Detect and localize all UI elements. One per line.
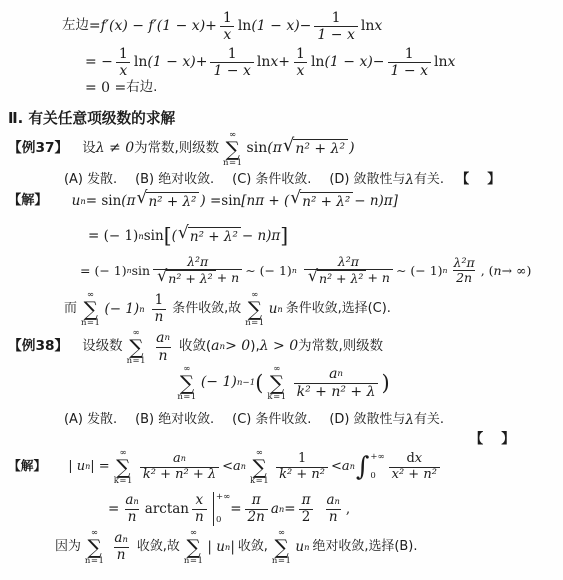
math-run: n² + λ² bbox=[190, 229, 238, 246]
math-run: x bbox=[374, 18, 382, 36]
sum-lower-limit: k=1 bbox=[250, 477, 269, 486]
math-run: n bbox=[133, 496, 138, 506]
sigma-symbol: ∑ bbox=[270, 374, 284, 393]
math-run-upright: = (− 1) bbox=[80, 263, 127, 279]
chinese-text: 条件收敛,故 bbox=[172, 301, 241, 317]
sigma-symbol: ∑ bbox=[248, 300, 262, 319]
spacer bbox=[297, 270, 301, 271]
chinese-text: 有关. bbox=[414, 412, 444, 428]
bold-label: Ⅱ. 有关任意项级数的求解 bbox=[8, 110, 175, 128]
math-run-upright: ln bbox=[434, 54, 448, 72]
chinese-text: 为常数,则级数 bbox=[134, 141, 219, 158]
math-run: a bbox=[271, 501, 279, 518]
chinese-text: (C) 条件收敛. bbox=[232, 412, 311, 428]
fraction: 1n bbox=[152, 293, 167, 325]
chinese-text: (B) 绝对收敛. bbox=[135, 412, 214, 428]
sigma-symbol: ∑ bbox=[84, 300, 98, 319]
math-run: (1 − x) bbox=[147, 54, 195, 72]
sum-lower-limit: n=1 bbox=[177, 393, 197, 402]
math-run: (− 1) bbox=[201, 374, 237, 392]
denominator: 2n bbox=[245, 509, 268, 526]
numerator: an bbox=[122, 493, 141, 509]
fraction: 11 − x bbox=[388, 46, 431, 79]
bold-label: 【 bbox=[470, 431, 484, 448]
math-run-upright: 2 bbox=[302, 510, 311, 526]
math-run: − n)π] bbox=[354, 193, 398, 210]
fraction: π2n bbox=[245, 493, 268, 525]
fraction: 1k² + n² bbox=[276, 452, 328, 483]
math-run: n bbox=[195, 510, 204, 526]
radicand: n² + λ² bbox=[146, 192, 199, 211]
bold-label: 【解】 bbox=[8, 459, 46, 475]
math-run: n bbox=[329, 510, 338, 526]
radical-sign: √ bbox=[308, 268, 318, 284]
spacer bbox=[145, 309, 149, 310]
chinese-text: (C) 条件收敛. bbox=[232, 172, 311, 188]
bold-label: 【例38】 bbox=[8, 338, 68, 355]
big-delimiter: ( bbox=[255, 374, 263, 393]
math-run: (1 − x) bbox=[251, 18, 299, 36]
chinese-text: 收敛, bbox=[238, 539, 268, 555]
radical: √n² + λ² bbox=[308, 270, 367, 286]
math-run: 2n bbox=[248, 510, 265, 526]
denominator: √n² + λ² + n bbox=[153, 269, 242, 286]
radical-sign: √ bbox=[136, 190, 147, 207]
math-run: 1 − x bbox=[213, 63, 250, 79]
spacer bbox=[117, 420, 135, 421]
numerator: 1 bbox=[220, 10, 235, 26]
prev-solution-line-3: = 0 = 右边. bbox=[85, 80, 157, 98]
solution-38-line-2: = annarctan xn+∞0 = π2nan = π2ann, bbox=[108, 492, 350, 526]
math-run-upright: = bbox=[284, 501, 295, 518]
scanned-textbook-page: 左边 = f′(x) − f′(1 − x) + 1xln(1 − x) − 1… bbox=[0, 0, 563, 580]
math-run-upright: 1 bbox=[223, 10, 232, 26]
chinese-text: 有关. bbox=[414, 172, 444, 188]
math-run: | u bbox=[207, 539, 225, 556]
sigma-symbol: ∑ bbox=[88, 538, 102, 557]
math-run-upright: 1 bbox=[298, 452, 306, 467]
math-run: u bbox=[295, 539, 304, 556]
fraction: λ²π√n² + λ² + n bbox=[153, 255, 242, 287]
sum-lower-limit: n=1 bbox=[81, 319, 101, 328]
chinese-text: 右边. bbox=[126, 80, 157, 97]
math-run: x bbox=[415, 452, 422, 467]
spacer bbox=[214, 420, 232, 421]
big-delimiter: ) bbox=[381, 374, 389, 393]
answer-bracket: 【】 bbox=[470, 431, 515, 448]
chinese-text: 收敛( bbox=[179, 339, 211, 356]
summation-operator: ∞∑n=1 bbox=[85, 529, 105, 565]
math-run: a bbox=[156, 330, 164, 346]
evaluation-bar: +∞0 bbox=[213, 492, 231, 526]
sigma-symbol: ∑ bbox=[116, 458, 130, 477]
radical: √n² + λ² bbox=[136, 192, 199, 211]
radical-sign: √ bbox=[157, 268, 167, 284]
math-run-upright: ln bbox=[238, 18, 252, 36]
math-run-upright: 1 bbox=[405, 46, 414, 62]
math-run: a bbox=[329, 366, 337, 382]
example-38-display-formula: ∞∑n=1(− 1)n−1(∞∑k=1ank² + n² + λ) bbox=[0, 365, 563, 401]
spacer bbox=[444, 180, 456, 181]
math-run: > 0 bbox=[225, 338, 250, 356]
math-run-upright: sin bbox=[247, 140, 268, 158]
math-run-upright: = (− 1) bbox=[88, 228, 138, 245]
math-run: λ²π bbox=[338, 255, 359, 269]
fraction: xn bbox=[192, 493, 207, 525]
denominator: 1 − x bbox=[314, 26, 357, 43]
denominator: n bbox=[152, 309, 167, 326]
spacer bbox=[48, 201, 72, 202]
fraction: π2 bbox=[299, 493, 314, 525]
radical-sign: √ bbox=[283, 137, 294, 155]
denominator: 1 − x bbox=[210, 62, 253, 79]
math-run: n bbox=[155, 310, 164, 326]
denominator: x bbox=[116, 62, 130, 79]
math-run-upright: + bbox=[205, 18, 217, 36]
math-run: n bbox=[335, 496, 340, 506]
math-run: n² + λ² bbox=[302, 194, 350, 211]
math-run: [nπ + ( bbox=[241, 193, 289, 210]
radical: √n² + λ² bbox=[178, 227, 241, 246]
solution-37-line-2: = (− 1)nsin[(√n² + λ² − n)π] bbox=[88, 227, 288, 246]
solution-37-line-3: = (− 1)nsin λ²π√n² + λ² + n ∼ (− 1)nλ²π√… bbox=[80, 255, 531, 287]
math-run-upright: ln bbox=[311, 54, 325, 72]
fraction: ann bbox=[153, 330, 173, 363]
math-run: + n bbox=[217, 271, 240, 285]
math-run: x bbox=[196, 493, 204, 509]
spacer bbox=[483, 439, 501, 440]
math-run: n−1 bbox=[237, 378, 255, 388]
bold-label: 】 bbox=[487, 172, 500, 189]
denominator: 2n bbox=[453, 270, 475, 285]
math-run: x bbox=[297, 63, 305, 79]
math-run: − n)π bbox=[242, 228, 280, 245]
radicand: n² + λ² bbox=[188, 227, 241, 246]
math-run: x bbox=[119, 63, 127, 79]
sum-lower-limit: k=1 bbox=[114, 477, 133, 486]
numerator: an bbox=[153, 330, 173, 346]
math-run: a bbox=[211, 338, 219, 356]
math-run: a bbox=[233, 459, 241, 475]
denominator: n bbox=[114, 547, 129, 564]
section-heading: Ⅱ. 有关任意项级数的求解 bbox=[8, 110, 175, 128]
solution-37-line-1: 【解】un = sin(π √n² + λ²) = sin[nπ + (√n² … bbox=[8, 192, 398, 211]
numerator: 1 bbox=[295, 452, 309, 467]
math-run: n bbox=[122, 534, 127, 544]
math-run-upright: = bbox=[108, 501, 119, 518]
math-run: a bbox=[326, 493, 334, 509]
denominator: x bbox=[294, 62, 308, 79]
math-run-upright: → ∞) bbox=[502, 263, 532, 279]
numerator: 1 bbox=[225, 46, 240, 62]
example-38-stem: 【例38】设级数 ∞∑n=1ann收敛(an > 0),λ > 0 为常数,则级… bbox=[8, 329, 383, 365]
summation-operator: ∞∑n=1 bbox=[223, 131, 243, 167]
big-delimiter: [ bbox=[164, 227, 172, 245]
math-run: 2n bbox=[456, 271, 472, 285]
radicand: n² + λ² bbox=[293, 139, 348, 159]
chinese-text: 条件收敛,选择(C). bbox=[286, 301, 391, 317]
chinese-text: (B) 绝对收敛. bbox=[135, 172, 214, 188]
math-run-upright: , bbox=[346, 501, 350, 518]
bold-label: 】 bbox=[501, 431, 515, 448]
denominator: √n² + λ² + n bbox=[304, 269, 393, 286]
math-run: (− 1) bbox=[104, 301, 139, 318]
example-38-options: (A) 发散.(B) 绝对收敛.(C) 条件收敛.(D) 敛散性与 λ 有关. bbox=[64, 412, 444, 429]
math-run-upright: − bbox=[373, 54, 385, 72]
sum-lower-limit: n=1 bbox=[85, 557, 105, 566]
integral-operator: ∫+∞0 bbox=[356, 452, 385, 482]
math-run-upright: arctan bbox=[145, 501, 189, 518]
spacer bbox=[68, 347, 82, 348]
prev-solution-line-2: = − 1xln(1 − x) + 11 − xlnx + 1xln(1 − x… bbox=[85, 46, 455, 79]
evaluation-upper-limit: +∞ bbox=[216, 492, 230, 503]
math-run: λ bbox=[405, 172, 414, 189]
math-run: x bbox=[223, 27, 231, 43]
math-run: ) bbox=[349, 140, 354, 158]
sigma-symbol: ∑ bbox=[275, 538, 289, 557]
chinese-text: (A) 发散. bbox=[64, 412, 117, 428]
denominator: x² + n² bbox=[389, 467, 440, 483]
math-run: π bbox=[252, 493, 261, 509]
fraction: λ²π√n² + λ² + n bbox=[304, 255, 393, 287]
radical: √n² + λ² bbox=[283, 139, 348, 159]
denominator: 2 bbox=[299, 509, 314, 526]
integral-sign: ∫ bbox=[356, 456, 370, 478]
numerator: 1 bbox=[116, 46, 131, 62]
fraction: ank² + n² + λ bbox=[140, 452, 219, 483]
chinese-text: (D) 敛散性与 bbox=[329, 172, 405, 188]
denominator: x bbox=[220, 26, 234, 43]
numerator: an bbox=[326, 366, 346, 382]
spacer bbox=[311, 420, 329, 421]
math-run: λ bbox=[405, 412, 414, 429]
radical-sign: √ bbox=[178, 225, 189, 242]
math-run: n bbox=[337, 369, 343, 379]
spacer bbox=[311, 180, 329, 181]
math-run: n bbox=[159, 348, 168, 364]
radicand: n² + λ² bbox=[300, 192, 353, 211]
math-run: u bbox=[269, 301, 278, 318]
math-run-upright: = bbox=[89, 18, 101, 36]
math-run: a bbox=[114, 531, 122, 547]
math-run: π bbox=[302, 493, 311, 509]
radicand: n² + λ² bbox=[317, 270, 366, 286]
math-run-upright: = − bbox=[85, 54, 113, 72]
chinese-text: 设 bbox=[82, 141, 95, 158]
numerator: λ²π bbox=[451, 256, 478, 270]
numerator: λ²π bbox=[184, 255, 211, 269]
example-37-stem: 【例37】设 λ ≠ 0 为常数,则级数 ∞∑n=1sin(π √n² + λ²… bbox=[8, 131, 355, 167]
denominator: n bbox=[125, 509, 140, 526]
math-run: + n bbox=[367, 271, 390, 285]
math-run-upright: − bbox=[300, 18, 312, 36]
numerator: π bbox=[249, 493, 264, 509]
chinese-text: ), bbox=[250, 339, 260, 356]
numerator: an bbox=[170, 452, 189, 467]
denominator: k² + n² bbox=[276, 467, 328, 483]
math-run: n² + λ² bbox=[168, 272, 212, 286]
numerator: an bbox=[323, 493, 342, 509]
fraction: ank² + n² + λ bbox=[294, 366, 379, 399]
chinese-text: (A) 发散. bbox=[64, 172, 117, 188]
math-run-upright: ∼ (− 1) bbox=[396, 263, 443, 279]
fraction: λ²π2n bbox=[451, 256, 478, 286]
math-run-upright: d bbox=[406, 452, 414, 467]
summation-operator: ∞∑k=1 bbox=[250, 449, 269, 485]
big-delimiter: ] bbox=[280, 227, 288, 245]
summation-operator: ∞∑n=1 bbox=[127, 329, 147, 365]
solution-38-line-1: 【解】| un | = ∞∑k=1ank² + n² + λ < an∞∑k=1… bbox=[8, 449, 443, 485]
math-run: x² + n² bbox=[392, 468, 437, 483]
solution-38-line-3: 因为 ∞∑n=1ann收敛,故 ∞∑n=1| un |收敛,∞∑n=1un绝对收… bbox=[55, 529, 417, 565]
bar-line bbox=[213, 492, 214, 526]
math-run-upright: = 0 = bbox=[85, 80, 126, 98]
denominator: 1 − x bbox=[388, 62, 431, 79]
integral-upper-limit: +∞ bbox=[370, 452, 384, 463]
sum-lower-limit: n=1 bbox=[184, 557, 204, 566]
math-run: a bbox=[125, 493, 133, 509]
summation-operator: ∞∑k=1 bbox=[114, 449, 133, 485]
fraction: ann bbox=[111, 531, 130, 563]
numerator: 1 bbox=[152, 293, 167, 309]
denominator: n bbox=[156, 347, 171, 364]
math-run-upright: ln bbox=[134, 54, 148, 72]
numerator: an bbox=[111, 531, 130, 547]
math-run: n bbox=[241, 462, 246, 471]
math-run: | = bbox=[90, 459, 109, 475]
math-run-upright: sin bbox=[144, 228, 164, 245]
denominator: n bbox=[326, 509, 341, 526]
math-run-upright: < bbox=[331, 459, 342, 475]
spacer bbox=[214, 180, 232, 181]
numerator: λ²π bbox=[335, 255, 362, 269]
radical-sign: √ bbox=[290, 190, 301, 207]
math-run: n bbox=[181, 454, 186, 463]
chinese-text: (D) 敛散性与 bbox=[329, 412, 405, 428]
summation-operator: ∞∑n=1 bbox=[184, 529, 204, 565]
sum-lower-limit: n=1 bbox=[245, 319, 265, 328]
math-run: a bbox=[173, 452, 181, 467]
math-run: n bbox=[494, 263, 502, 279]
sigma-symbol: ∑ bbox=[226, 140, 240, 159]
math-run: k² + n² + λ bbox=[143, 468, 216, 483]
math-run-upright: + bbox=[196, 54, 208, 72]
spacer bbox=[68, 149, 82, 150]
chinese-text: 收敛,故 bbox=[137, 539, 180, 555]
math-run: (π bbox=[267, 140, 282, 158]
sum-lower-limit: n=1 bbox=[127, 357, 147, 366]
math-run-upright: , ( bbox=[481, 263, 494, 279]
math-run-upright: + bbox=[278, 54, 290, 72]
sigma-symbol: ∑ bbox=[252, 458, 266, 477]
summation-operator: ∞∑k=1 bbox=[267, 365, 286, 401]
summation-operator: ∞∑n=1 bbox=[81, 291, 101, 327]
math-run: n² + λ² bbox=[148, 194, 196, 211]
sum-lower-limit: n=1 bbox=[272, 557, 292, 566]
numerator: 1 bbox=[293, 46, 308, 62]
bold-label: 【解】 bbox=[8, 193, 48, 210]
summation-operator: ∞∑n=1 bbox=[272, 529, 292, 565]
sum-lower-limit: k=1 bbox=[267, 393, 286, 402]
math-run: a bbox=[342, 459, 350, 475]
radical: √n² + λ² bbox=[290, 192, 353, 211]
math-run-upright: 1 bbox=[119, 46, 128, 62]
math-run: n bbox=[350, 462, 355, 471]
spacer bbox=[316, 509, 320, 510]
math-run-upright: 1 bbox=[228, 46, 237, 62]
bold-label: 【例37】 bbox=[8, 140, 68, 157]
numerator: x bbox=[193, 493, 207, 509]
chinese-text: 绝对收敛,选择(B). bbox=[313, 539, 418, 555]
math-run-upright: 1 bbox=[332, 10, 341, 26]
integral-lower-limit: 0 bbox=[370, 471, 384, 482]
fraction: 1x bbox=[220, 10, 235, 43]
fraction: dxx² + n² bbox=[389, 452, 440, 483]
fraction: 1x bbox=[293, 46, 308, 79]
summation-operator: ∞∑n=1 bbox=[245, 291, 265, 327]
denominator: k² + n² + λ bbox=[294, 383, 379, 400]
math-run-upright: < bbox=[222, 459, 233, 475]
spacer bbox=[469, 180, 487, 181]
sum-lower-limit: n=1 bbox=[223, 159, 243, 168]
math-run: k² + n² bbox=[279, 468, 325, 483]
math-run: | u bbox=[68, 459, 85, 475]
math-run: n² + λ² bbox=[319, 272, 363, 286]
math-run: n bbox=[117, 548, 126, 564]
sigma-symbol: ∑ bbox=[186, 538, 200, 557]
math-run: n bbox=[128, 510, 137, 526]
radical: √n² + λ² bbox=[157, 270, 216, 286]
math-run: (1 − x) bbox=[324, 54, 372, 72]
math-run: x bbox=[447, 54, 455, 72]
math-run: ( bbox=[172, 228, 177, 245]
math-run-upright: ln bbox=[257, 54, 271, 72]
math-run: (π bbox=[121, 193, 135, 210]
math-run-upright: = bbox=[230, 501, 241, 518]
numerator: dx bbox=[403, 452, 425, 467]
evaluation-limits: +∞0 bbox=[216, 492, 230, 526]
math-run: x bbox=[270, 54, 278, 72]
math-run: λ > 0 bbox=[260, 338, 298, 356]
chinese-text: 左边 bbox=[62, 18, 89, 35]
math-run: 1 − x bbox=[391, 63, 428, 79]
math-run: 1 − x bbox=[317, 27, 354, 43]
example-37-options: (A) 发散.(B) 绝对收敛.(C) 条件收敛.(D) 敛散性与 λ 有关.【… bbox=[64, 172, 500, 189]
chinese-text: 为常数,则级数 bbox=[298, 339, 383, 356]
fraction: 11 − x bbox=[314, 10, 357, 43]
math-run: n bbox=[164, 333, 170, 343]
math-run: n² + λ² bbox=[295, 141, 345, 159]
math-run-upright: sin bbox=[221, 193, 241, 210]
math-run: k² + n² + λ bbox=[297, 384, 376, 400]
sigma-symbol: ∑ bbox=[180, 374, 194, 393]
fraction: ann bbox=[323, 493, 342, 525]
math-run-upright: sin bbox=[132, 263, 150, 279]
bold-label: 【 bbox=[456, 172, 469, 189]
math-run-upright: 1 bbox=[296, 46, 305, 62]
math-run: λ²π bbox=[454, 256, 475, 270]
sigma-symbol: ∑ bbox=[129, 338, 143, 357]
numerator: 1 bbox=[329, 10, 344, 26]
math-run-upright: ∼ (− 1) bbox=[245, 263, 292, 279]
denominator: k² + n² + λ bbox=[140, 467, 219, 483]
chinese-text: 因为 bbox=[55, 539, 81, 555]
radicand: n² + λ² bbox=[166, 270, 215, 286]
fraction: ann bbox=[122, 493, 141, 525]
math-run: λ ≠ 0 bbox=[96, 140, 134, 158]
math-run-upright: 1 bbox=[155, 293, 164, 309]
math-run: ) = bbox=[200, 193, 221, 210]
